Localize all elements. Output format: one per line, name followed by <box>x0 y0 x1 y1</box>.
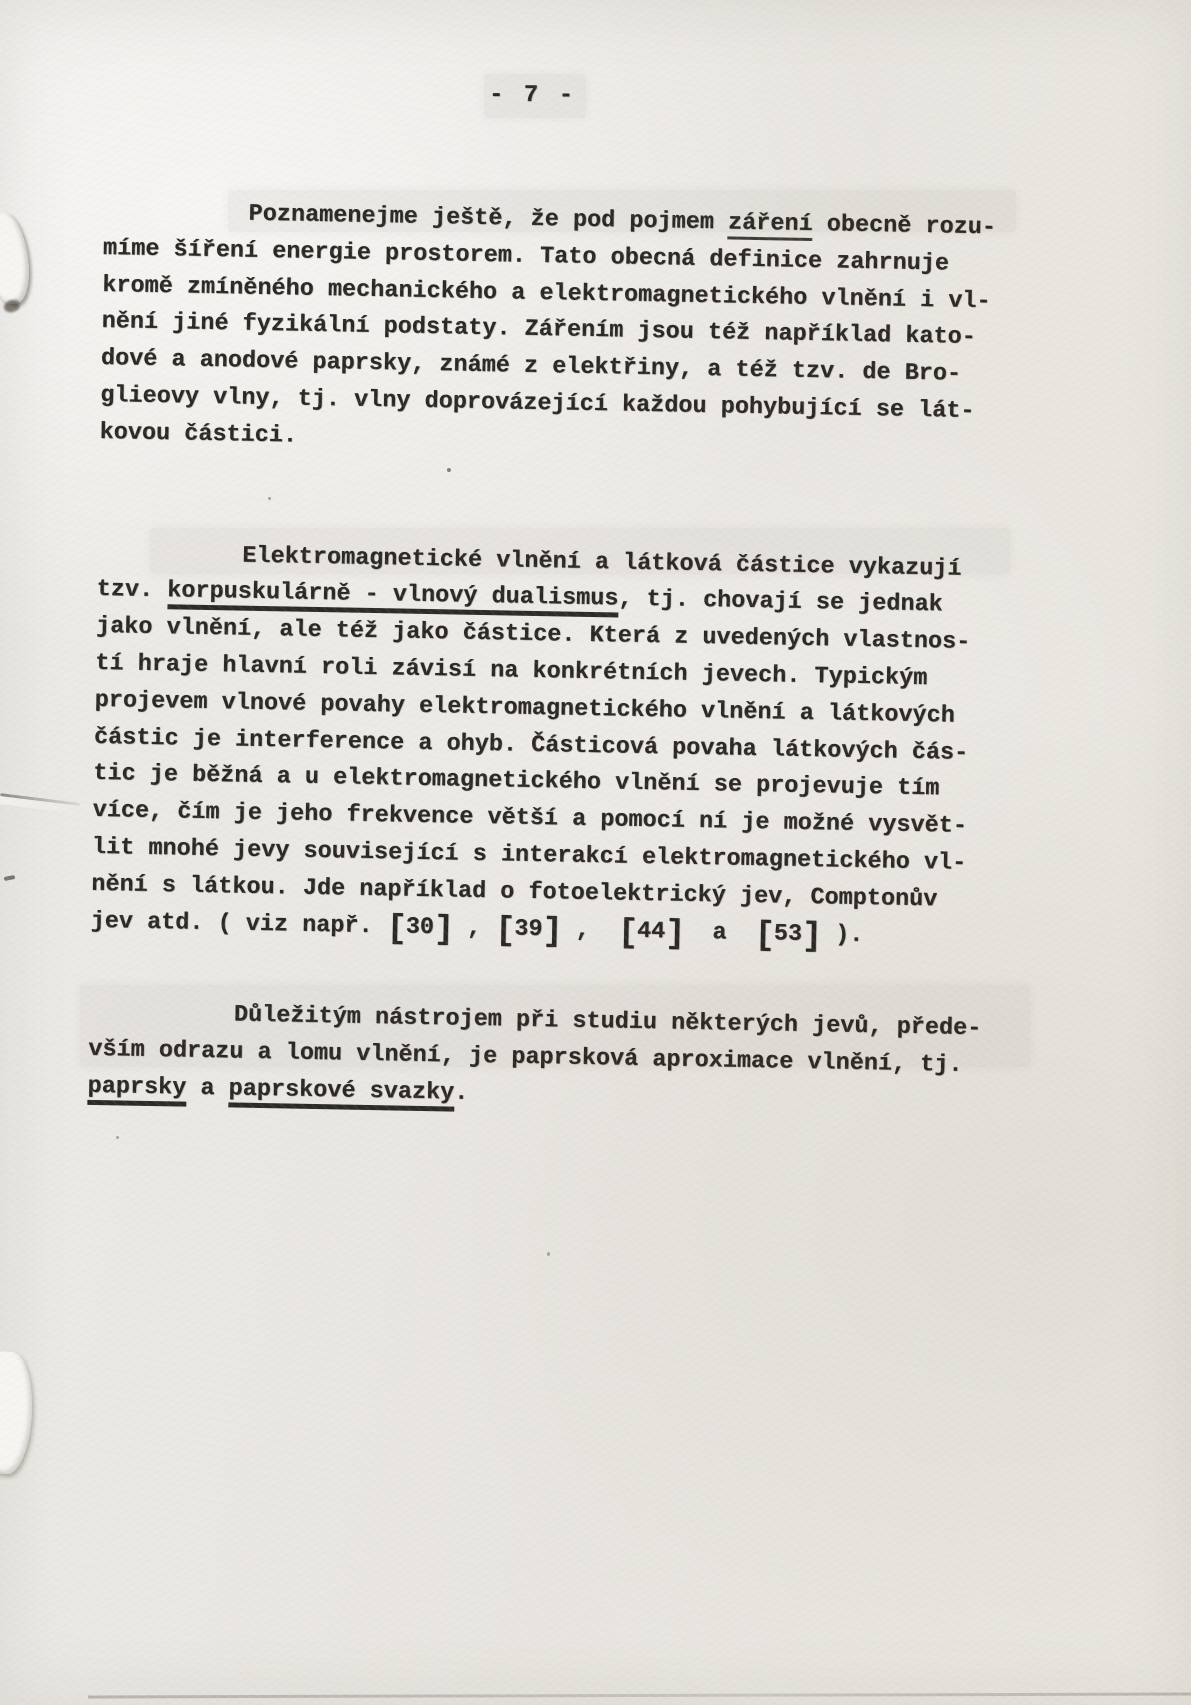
text-segment: kovou částici. <box>99 419 297 450</box>
text-segment: jev atd. ( viz např. <box>90 907 387 939</box>
text-block: Poznamenejme ještě, že pod pojmem záření… <box>87 194 1064 1123</box>
text-segment: Poznamenejme ještě, že pod pojmem <box>248 201 728 237</box>
citation-reference: [53] <box>755 920 822 948</box>
text-segment: obecně rozu- <box>812 211 996 241</box>
ink-mark-artifact <box>4 875 16 881</box>
paragraph: Elektromagnetické vlnění a látková části… <box>90 536 1057 958</box>
scanned-page: - 7 - Poznamenejme ještě, že pod pojmem … <box>0 0 1191 1705</box>
underlined-term: záření <box>728 209 813 241</box>
paper-tear-artifact <box>0 210 33 306</box>
text-segment: , tj. chovají se jednak <box>618 586 943 619</box>
text-segment: ). <box>821 921 864 949</box>
paragraph: Důležitým nástrojem při studiu některých… <box>87 995 1049 1123</box>
citation-reference: [44] <box>618 917 685 945</box>
text-segment: , <box>453 914 496 942</box>
scan-edge-line <box>88 1693 1191 1699</box>
paper-tear-artifact <box>0 1351 36 1476</box>
underlined-term: paprsky <box>87 1073 186 1107</box>
text-segment: tzv. <box>96 576 167 604</box>
underlined-term: paprskové svazky <box>228 1075 454 1111</box>
paragraph: Poznamenejme ještě, že pod pojmem záření… <box>99 194 1064 469</box>
ink-speck <box>116 1136 119 1139</box>
ink-speck <box>268 497 271 500</box>
ink-speck <box>447 468 451 472</box>
ink-speck <box>547 1252 550 1256</box>
paper-crease-artifact <box>0 793 80 806</box>
citation-reference: [30] <box>387 913 454 941</box>
text-segment: . <box>454 1080 469 1107</box>
page-number: - 7 - <box>489 82 576 110</box>
text-segment: a <box>186 1075 229 1103</box>
text-segment: a <box>684 918 755 946</box>
text-segment: , <box>561 916 618 944</box>
citation-reference: [39] <box>495 915 562 943</box>
